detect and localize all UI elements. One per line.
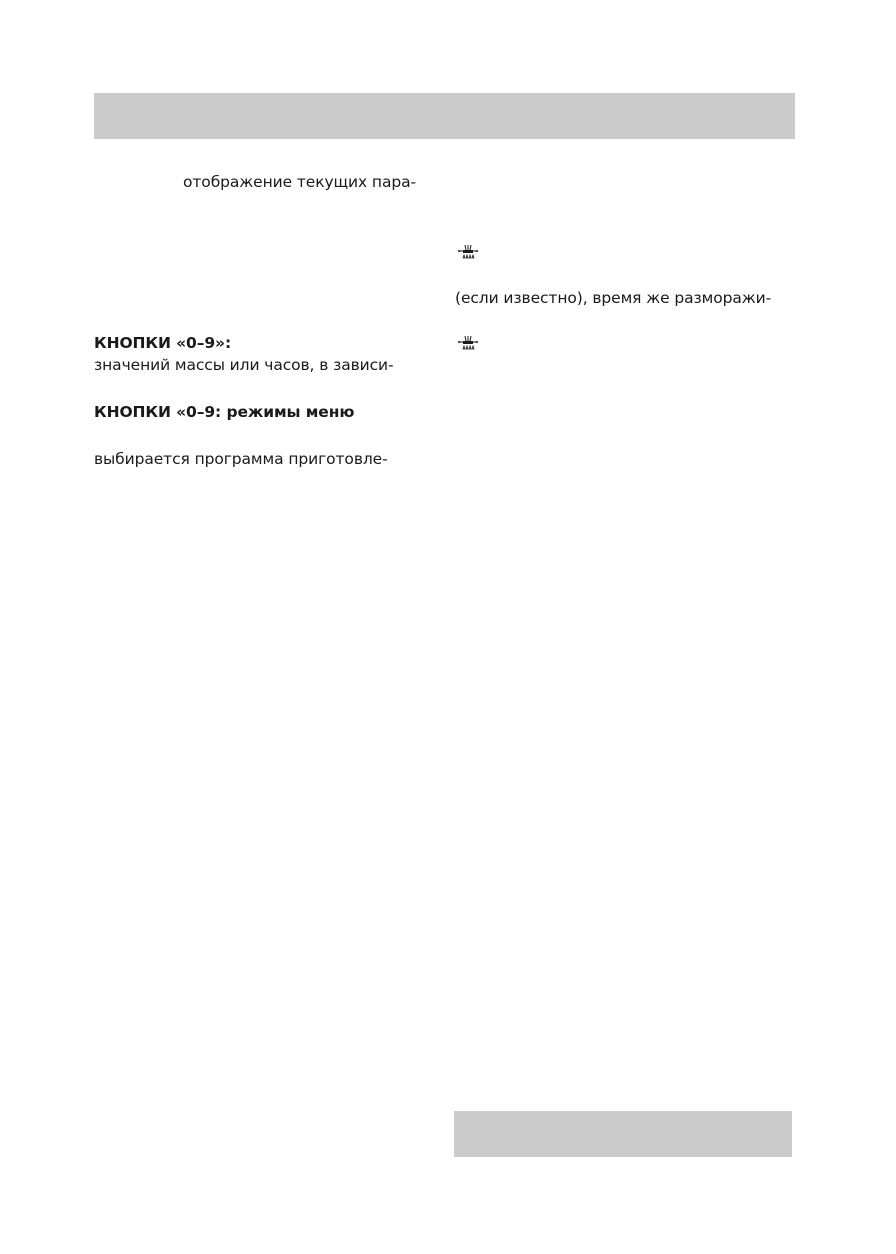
section-heading: КНОПКИ «0–9: режимы меню [94,402,354,422]
body-text-line: значений массы или часов, в зависи- [94,355,394,375]
section-heading: КНОПКИ «0–9»: [94,333,231,353]
defrost-icon [457,243,479,261]
body-text-line: (если известно), время же разморажи- [455,288,771,308]
footer-band [454,1111,792,1157]
defrost-icon [457,334,479,352]
body-text-line: отображение текущих пара- [183,172,416,192]
body-text-line: выбирается программа приготовле- [94,449,388,469]
header-band [94,93,795,139]
